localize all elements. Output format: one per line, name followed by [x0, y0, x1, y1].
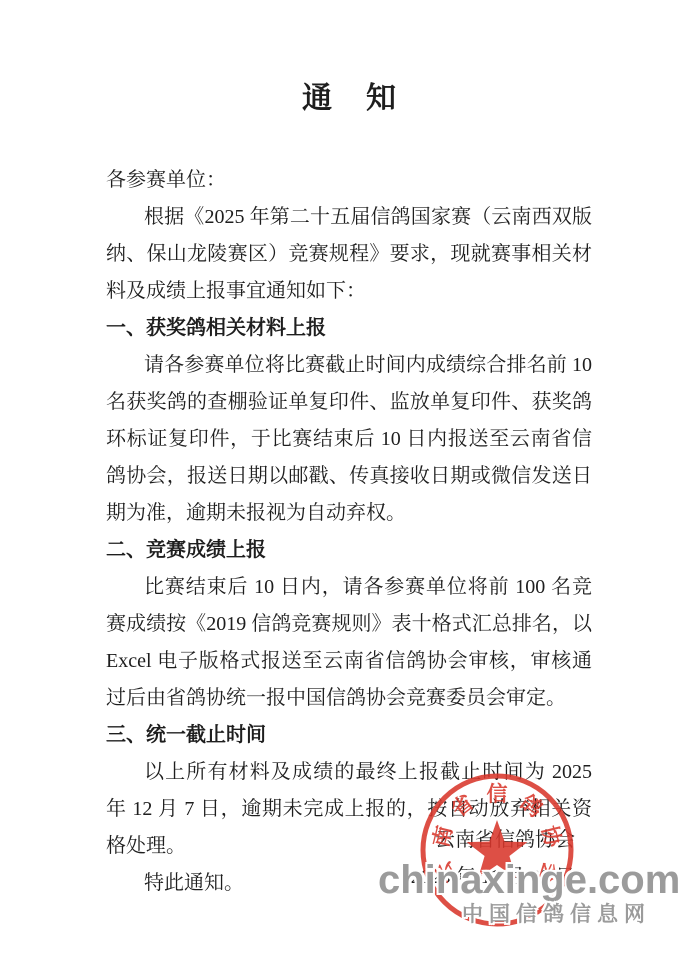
intro-paragraph: 根据《2025 年第二十五届信鸽国家赛（云南西双版纳、保山龙陵赛区）竞赛规程》要…: [106, 199, 592, 310]
watermark-site-name: 中国信鸽信息网: [462, 904, 651, 925]
section-2-body: 比赛结束后 10 日内，请各参赛单位将前 100 名竞赛成绩按《2019 信鸽竞…: [106, 569, 592, 717]
notice-title: 通 知: [0, 80, 700, 118]
svg-text:信: 信: [487, 782, 508, 806]
watermark-site: chinaxinge.com: [378, 860, 680, 900]
section-1-body: 请各参赛单位将比赛截止时间内成绩综合排名前 10 名获奖鸽的查棚验证单复印件、监…: [106, 347, 592, 532]
section-2-heading: 二、竞赛成绩上报: [106, 532, 592, 569]
svg-text:协: 协: [537, 823, 566, 850]
section-1-heading: 一、获奖鸽相关材料上报: [106, 310, 592, 347]
document-page: 通 知 各参赛单位： 根据《2025 年第二十五届信鸽国家赛（云南西双版纳、保山…: [0, 0, 700, 980]
section-3-heading: 三、统一截止时间: [106, 717, 592, 754]
salutation: 各参赛单位：: [106, 162, 592, 199]
svg-text:南: 南: [429, 823, 457, 849]
